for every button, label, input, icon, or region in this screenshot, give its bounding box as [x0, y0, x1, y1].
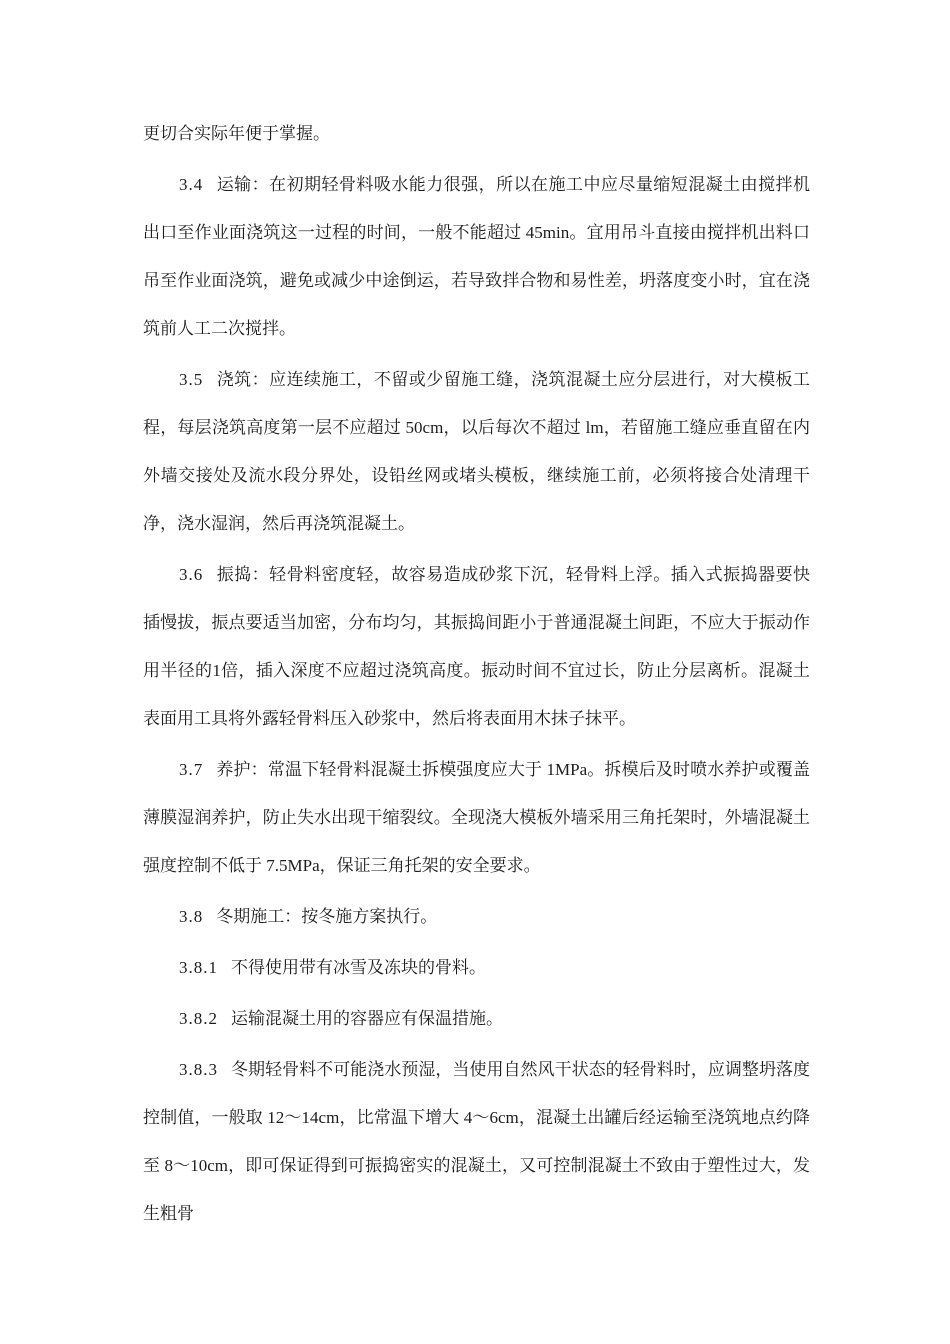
paragraph-text: 冬期轻骨料不可能浇水预湿，当使用自然风干状态的轻骨料时，应调整坍落度控制值，一般… — [143, 1060, 810, 1223]
section-number: 3.7 — [179, 760, 203, 779]
paragraph-text: 振捣：轻骨料密度轻，故容易造成砂浆下沉，轻骨料上浮。插入式振捣器要快插慢拔，振点… — [143, 565, 810, 728]
section-number: 3.6 — [179, 565, 203, 584]
paragraph-continuation: 更切合实际年便于掌握。 — [143, 110, 810, 158]
paragraph-text: 浇筑：应连续施工，不留或少留施工缝，浇筑混凝土应分层进行，对大模板工程，每层浇筑… — [143, 370, 810, 533]
paragraph-3-8: 3.8冬期施工：按冬施方案执行。 — [143, 893, 810, 941]
paragraph-3-4: 3.4运输：在初期轻骨料吸水能力很强，所以在施工中应尽量缩短混凝土由搅拌机出口至… — [143, 161, 810, 353]
paragraph-text: 运输混凝土用的容器应有保温措施。 — [231, 1009, 503, 1028]
paragraph-3-6: 3.6振捣：轻骨料密度轻，故容易造成砂浆下沉，轻骨料上浮。插入式振捣器要快插慢拔… — [143, 551, 810, 743]
section-number: 3.4 — [179, 175, 203, 194]
paragraph-text: 更切合实际年便于掌握。 — [143, 124, 330, 143]
section-number: 3.8 — [179, 907, 203, 926]
section-number: 3.8.3 — [179, 1060, 218, 1079]
document-page: 更切合实际年便于掌握。 3.4运输：在初期轻骨料吸水能力很强，所以在施工中应尽量… — [0, 0, 950, 1344]
paragraph-3-5: 3.5浇筑：应连续施工，不留或少留施工缝，浇筑混凝土应分层进行，对大模板工程，每… — [143, 356, 810, 548]
document-body: 更切合实际年便于掌握。 3.4运输：在初期轻骨料吸水能力很强，所以在施工中应尽量… — [143, 110, 810, 1238]
section-number: 3.8.2 — [179, 1009, 218, 1028]
paragraph-3-7: 3.7养护：常温下轻骨料混凝土拆模强度应大于 1MPa。拆模后及时喷水养护或覆盖… — [143, 746, 810, 890]
paragraph-text: 养护：常温下轻骨料混凝土拆模强度应大于 1MPa。拆模后及时喷水养护或覆盖薄膜湿… — [143, 760, 810, 875]
paragraph-text: 不得使用带有冰雪及冻块的骨料。 — [231, 958, 486, 977]
paragraph-text: 运输：在初期轻骨料吸水能力很强，所以在施工中应尽量缩短混凝土由搅拌机出口至作业面… — [143, 175, 810, 338]
section-number: 3.5 — [179, 370, 203, 389]
paragraph-text: 冬期施工：按冬施方案执行。 — [216, 907, 437, 926]
paragraph-3-8-1: 3.8.1不得使用带有冰雪及冻块的骨料。 — [143, 944, 810, 992]
paragraph-3-8-2: 3.8.2运输混凝土用的容器应有保温措施。 — [143, 995, 810, 1043]
section-number: 3.8.1 — [179, 958, 218, 977]
paragraph-3-8-3: 3.8.3冬期轻骨料不可能浇水预湿，当使用自然风干状态的轻骨料时，应调整坍落度控… — [143, 1046, 810, 1238]
